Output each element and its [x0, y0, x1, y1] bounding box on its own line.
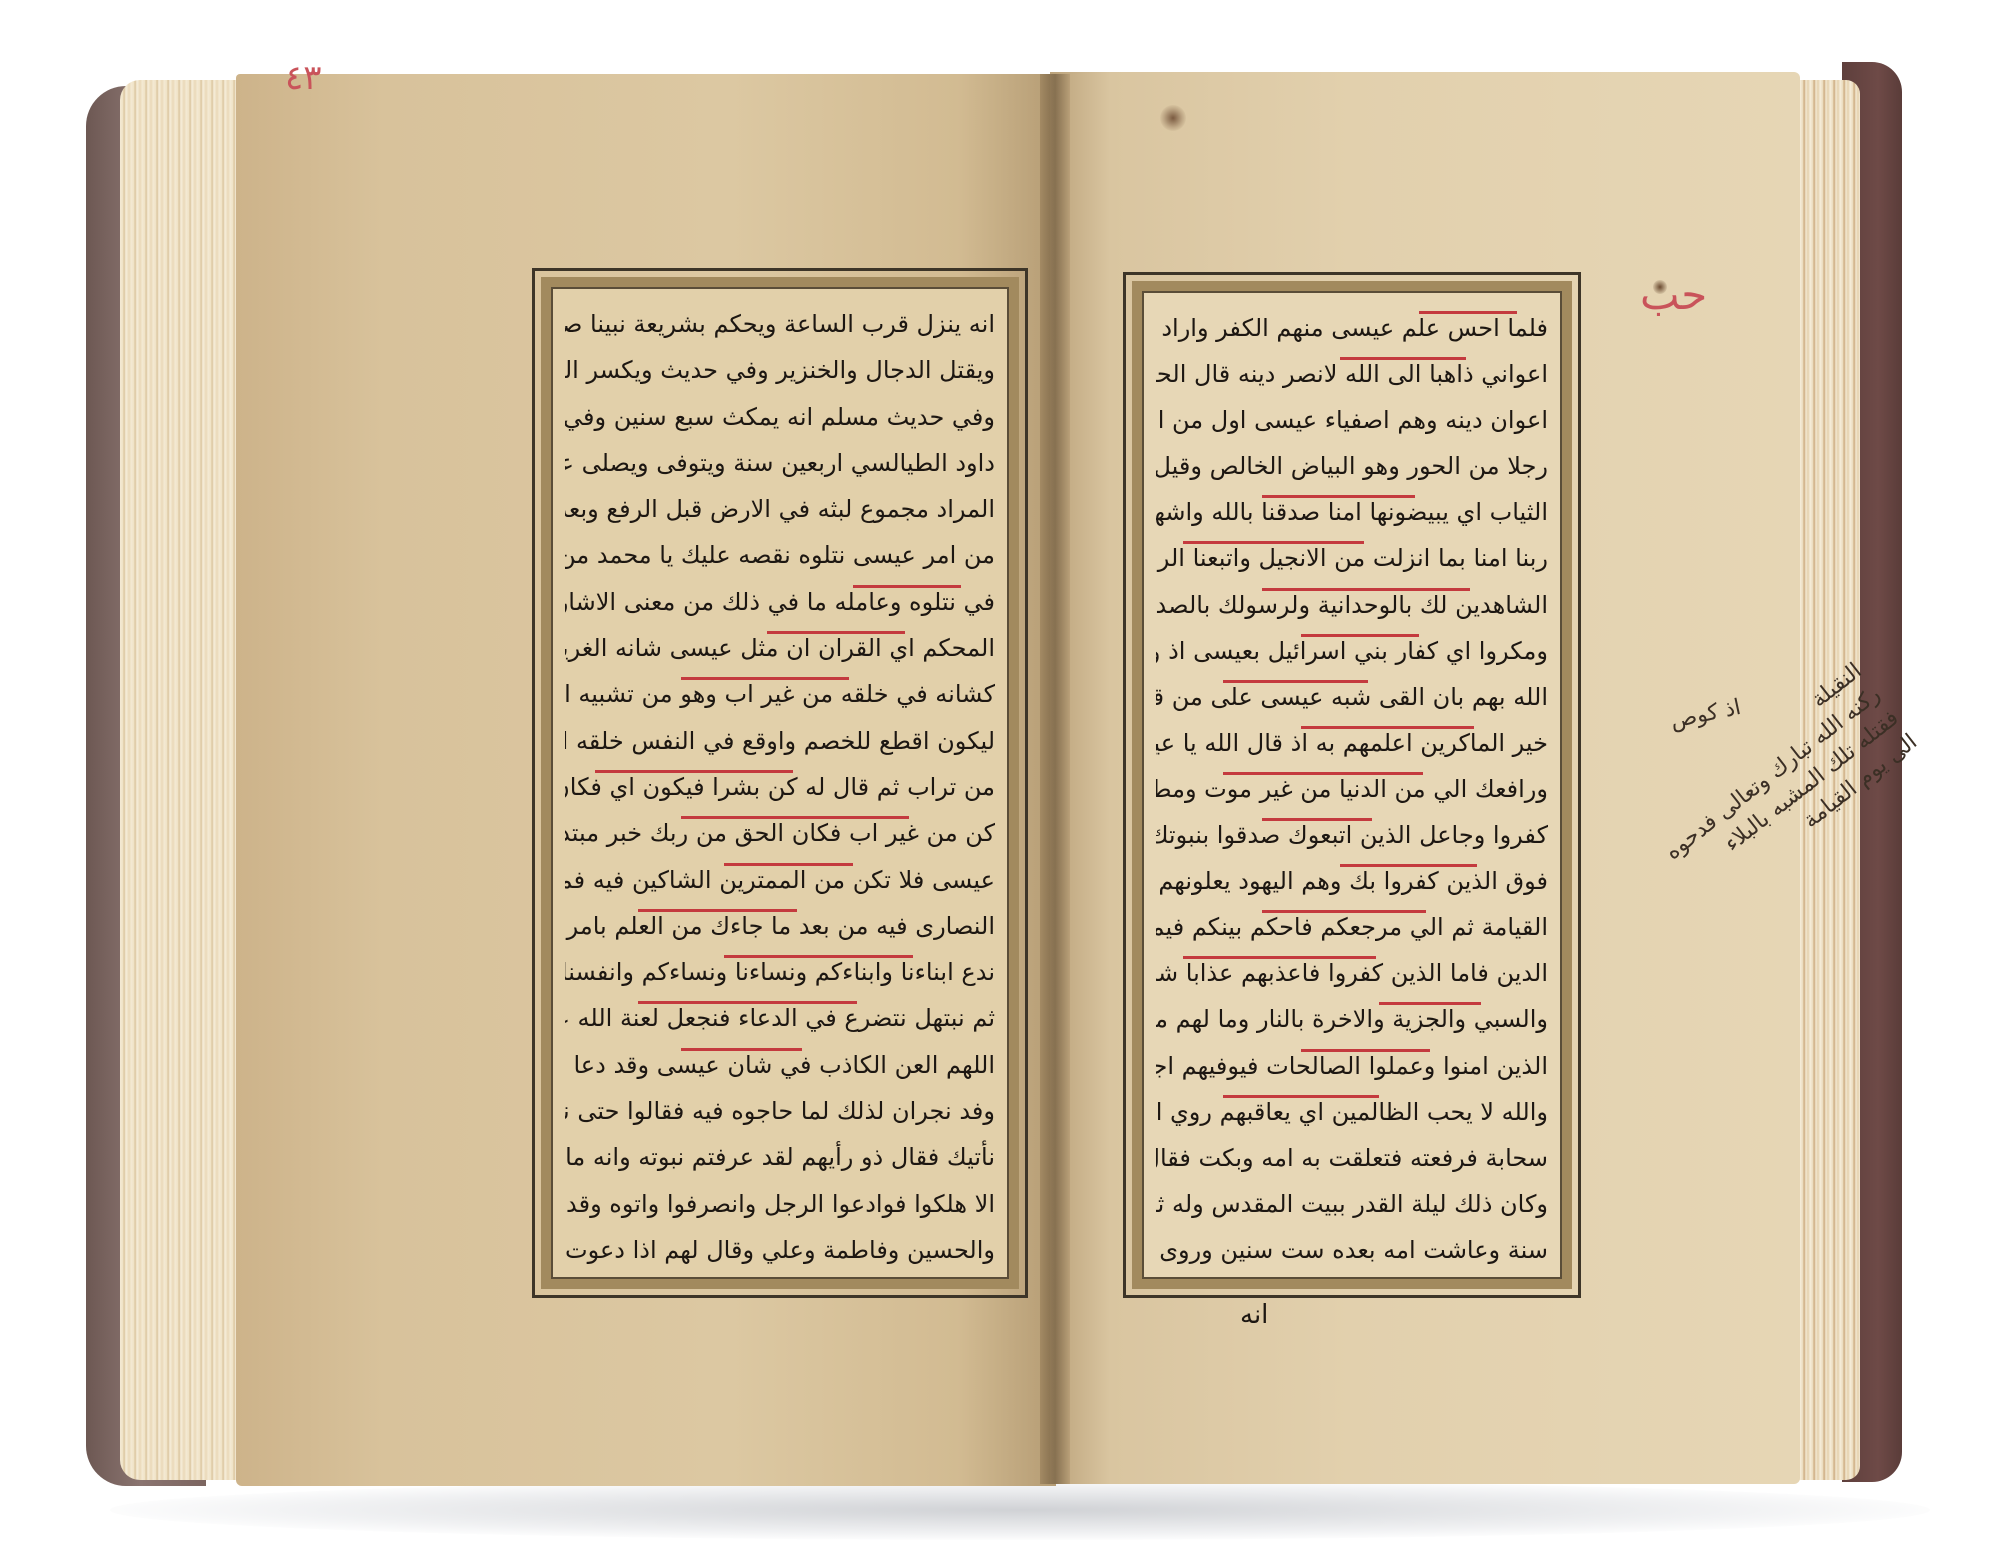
- text-line: خير الماكرين اعلمهم به اذ قال الله يا عي…: [1156, 724, 1548, 762]
- left-text-frame-inner: انه ينزل قرب الساعة ويحكم بشريعة نبينا ص…: [541, 277, 1019, 1289]
- text-line: ورافعك الي من الدنيا من غير موت ومطهرك م…: [1156, 770, 1548, 808]
- text-line: من امر عيسى نتلوه نقصه عليك يا محمد من ا…: [565, 536, 995, 574]
- text-line: وفي حديث مسلم انه يمكث سبع سنين وفي حديث…: [565, 398, 995, 436]
- text-line: داود الطيالسي اربعين سنة ويتوفى ويصلى عل…: [565, 444, 995, 482]
- text-line: القيامة ثم الي مرجعكم فاحكم بينكم فيما ك…: [1156, 908, 1548, 946]
- left-text-frame: انه ينزل قرب الساعة ويحكم بشريعة نبينا ص…: [532, 268, 1028, 1298]
- text-line: والسبي والجزية والاخرة بالنار وما لهم من…: [1156, 1000, 1548, 1038]
- text-line: النصارى فيه من بعد ما جاءك من العلم بامر…: [565, 907, 995, 945]
- text-line: المحكم اي القران ان مثل عيسى شانه الغريب…: [565, 629, 995, 667]
- right-text-frame-inner: فلما احس علم عيسى منهم الكفر واراد قتله …: [1132, 281, 1572, 1289]
- text-line: ربنا امنا بما انزلت من الانجيل واتبعنا ا…: [1156, 539, 1548, 577]
- text-line: سنة وعاشت امه بعده ست سنين وروى الشيخان …: [1156, 1231, 1548, 1269]
- text-line: اعواني ذاهبا الى الله لانصر دينه قال الح…: [1156, 355, 1548, 393]
- text-line: الا هلكوا فوادعوا الرجل وانصرفوا واتوه و…: [565, 1185, 995, 1223]
- right-text-block: فلما احس علم عيسى منهم الكفر واراد قتله …: [1142, 291, 1562, 1279]
- text-line: ثم نبتهل نتضرع في الدعاء فنجعل لعنة الله…: [565, 999, 995, 1037]
- text-line: عيسى فلا تكن من الممترين الشاكين فيه فمن…: [565, 861, 995, 899]
- text-line: والحسين وفاطمة وعلي وقال لهم اذا دعوت فا…: [565, 1231, 995, 1269]
- text-line: كفروا وجاعل الذين اتبعوك صدقوا بنبوتك من…: [1156, 816, 1548, 854]
- left-text-block: انه ينزل قرب الساعة ويحكم بشريعة نبينا ص…: [551, 287, 1009, 1279]
- text-line: ندع ابناءنا وابناءكم ونساءنا ونساءكم وان…: [565, 953, 995, 991]
- marginal-heading-mark: حب: [1640, 270, 1707, 319]
- text-line: والله لا يحب الظالمين اي يعاقبهم روي ان …: [1156, 1093, 1548, 1131]
- text-line: الشاهدين لك بالوحدانية ولرسولك بالصدق قا…: [1156, 586, 1548, 624]
- folio-number: ٤٣: [285, 58, 322, 98]
- text-line: نأتيك فقال ذو رأيهم لقد عرفتم نبوته وانه…: [565, 1138, 995, 1176]
- text-line: رجلا من الحور وهو البياض الخالص وقيل كان…: [1156, 447, 1548, 485]
- text-line: كشانه في خلقه من غير اب وهو من تشبيه الغ…: [565, 675, 995, 713]
- text-line: المراد مجموع لبثه في الارض قبل الرفع وبع…: [565, 490, 995, 528]
- text-line: الثياب اي يبيضونها امنا صدقنا بالله واشه…: [1156, 493, 1548, 531]
- text-line: فوق الذين كفروا بك وهم اليهود يعلونهم با…: [1156, 862, 1548, 900]
- text-line: الذين امنوا وعملوا الصالحات فيوفيهم اجور…: [1156, 1047, 1548, 1085]
- text-line: اللهم العن الكاذب في شان عيسى وقد دعا صل…: [565, 1046, 995, 1084]
- text-line: ليكون اقطع للخصم واوقع في النفس خلقه اي …: [565, 722, 995, 760]
- text-line: وفد نجران لذلك لما حاجوه فيه فقالوا حتى …: [565, 1092, 995, 1130]
- text-line: كن من غير اب فكان الحق من ربك خبر مبتدا …: [565, 814, 995, 852]
- text-line: ومكروا اي كفار بني اسرائيل بعيسى اذ وكلو…: [1156, 632, 1548, 670]
- text-line: انه ينزل قرب الساعة ويحكم بشريعة نبينا ص…: [565, 305, 995, 343]
- book-shadow: [110, 1480, 1930, 1540]
- text-line: من تراب ثم قال له كن بشرا فيكون اي فكان …: [565, 768, 995, 806]
- ink-stain: [1160, 105, 1186, 131]
- text-line: الله بهم بان القى شبه عيسى على من قصد قت…: [1156, 678, 1548, 716]
- text-line: فلما احس علم عيسى منهم الكفر واراد قتله …: [1156, 309, 1548, 347]
- text-line: في نتلوه وعامله ما في ذلك من معنى الاشار…: [565, 583, 995, 621]
- text-line: ويقتل الدجال والخنزير وفي حديث ويكسر الص…: [565, 351, 995, 389]
- text-line: وكان ذلك ليلة القدر ببيت المقدس وله ثلاث…: [1156, 1185, 1548, 1223]
- text-line: الدين فاما الذين كفروا فاعذبهم عذابا شدي…: [1156, 954, 1548, 992]
- text-line: سحابة فرفعته فتعلقت به امه وبكت فقال لها…: [1156, 1139, 1548, 1177]
- left-page-edges: [120, 80, 240, 1480]
- gutter: [1040, 74, 1070, 1484]
- text-line: اعوان دينه وهم اصفياء عيسى اول من امن به…: [1156, 401, 1548, 439]
- catchword: انه: [1240, 1300, 1268, 1330]
- right-text-frame: فلما احس علم عيسى منهم الكفر واراد قتله …: [1123, 272, 1581, 1298]
